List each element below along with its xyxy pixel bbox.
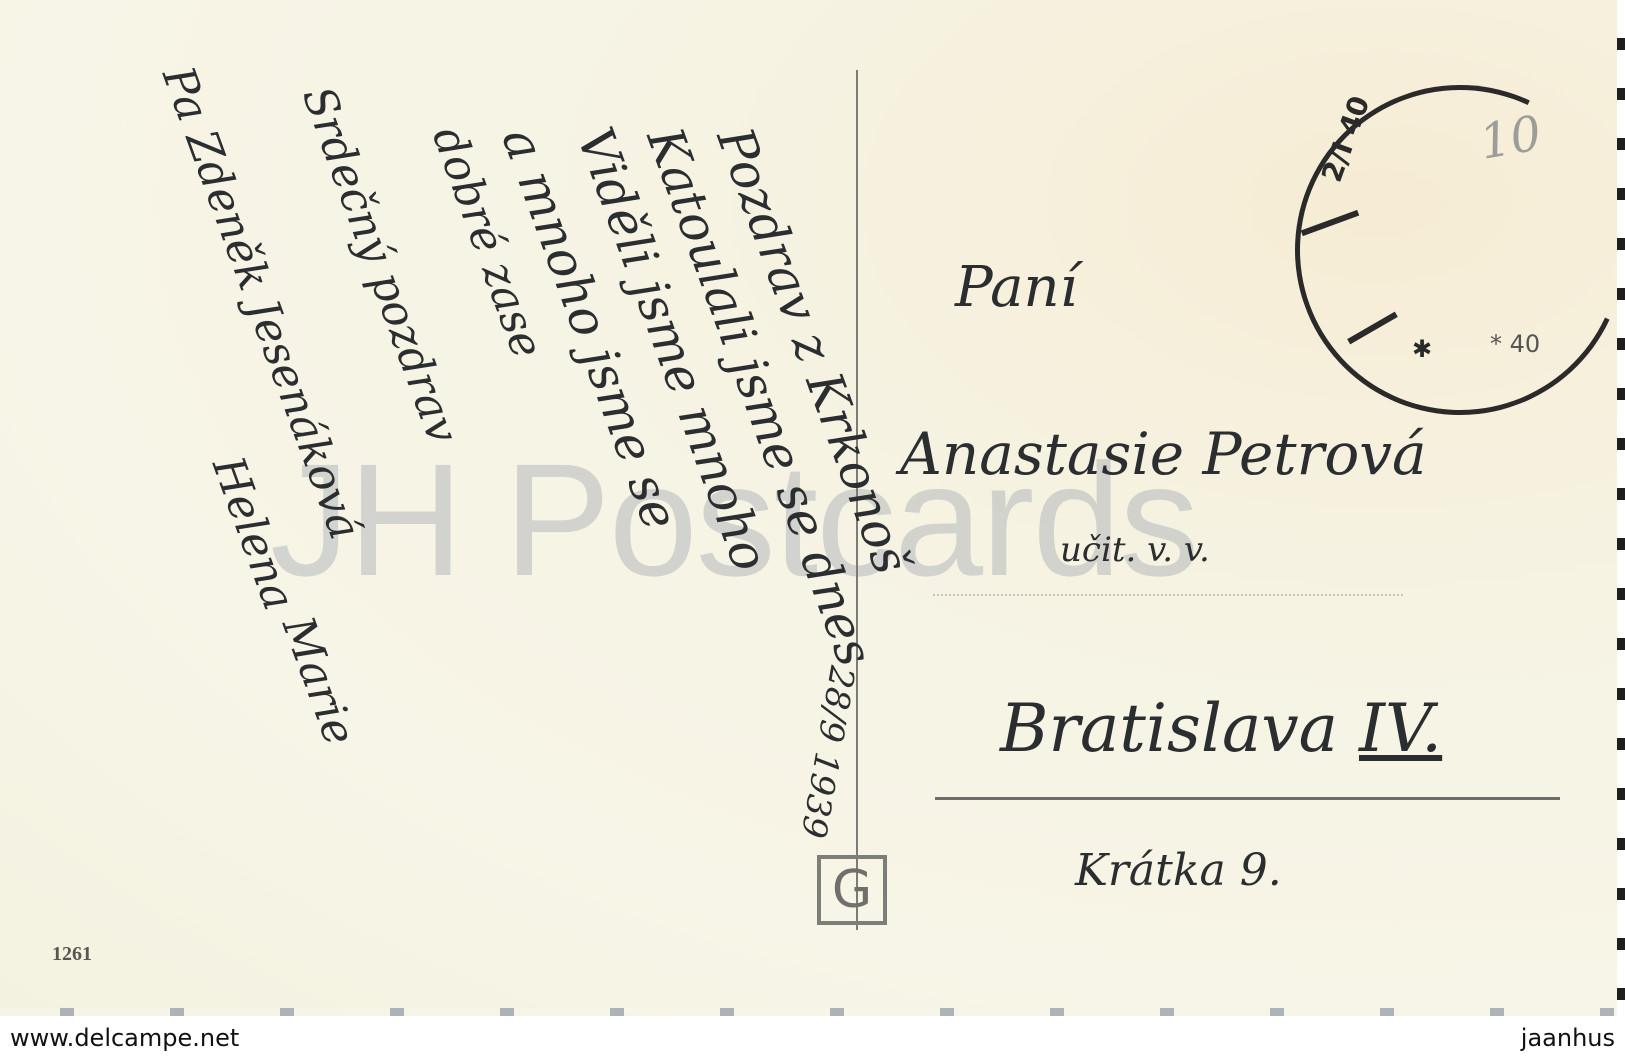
- message-date: 28/9 1939: [792, 663, 862, 841]
- publisher-logo-letter: G: [832, 864, 872, 916]
- postmark-star-icon: ✱: [1412, 335, 1432, 363]
- footer-seller-name: jaanhus: [1521, 1024, 1615, 1052]
- address-solid-line: [935, 797, 1560, 800]
- message-signature: Marie: [272, 610, 365, 752]
- address-dotted-line: [933, 594, 1403, 596]
- address-name: Anastasie Petrová: [900, 420, 1427, 488]
- publisher-logo-icon: G: [817, 855, 887, 925]
- address-city-district: IV.: [1359, 690, 1442, 767]
- address-city-line: Bratislava IV.: [1000, 690, 1442, 767]
- address-street: Krátka 9.: [1075, 845, 1282, 896]
- footer-bar: www.delcampe.net jaanhus: [0, 1016, 1625, 1061]
- address-city: Bratislava: [1000, 690, 1338, 767]
- pencil-note: 10: [1476, 105, 1546, 171]
- perforated-edge-right: [1617, 0, 1625, 1016]
- postcard-back: JH Postcards 2/I 40 ✱ * 40 10 Paní Anast…: [0, 0, 1625, 1016]
- postmark-lower-text: * 40: [1490, 330, 1540, 358]
- address-salutation: Paní: [955, 255, 1078, 320]
- card-number: 1261: [52, 943, 92, 966]
- address-title: učit. v. v.: [1060, 530, 1210, 570]
- postmark-circle-icon: [1249, 39, 1625, 462]
- footer-site-link[interactable]: www.delcampe.net: [10, 1024, 239, 1052]
- side-message-signature: Helena: [202, 450, 304, 617]
- perforated-edge-bottom: [0, 1008, 1625, 1016]
